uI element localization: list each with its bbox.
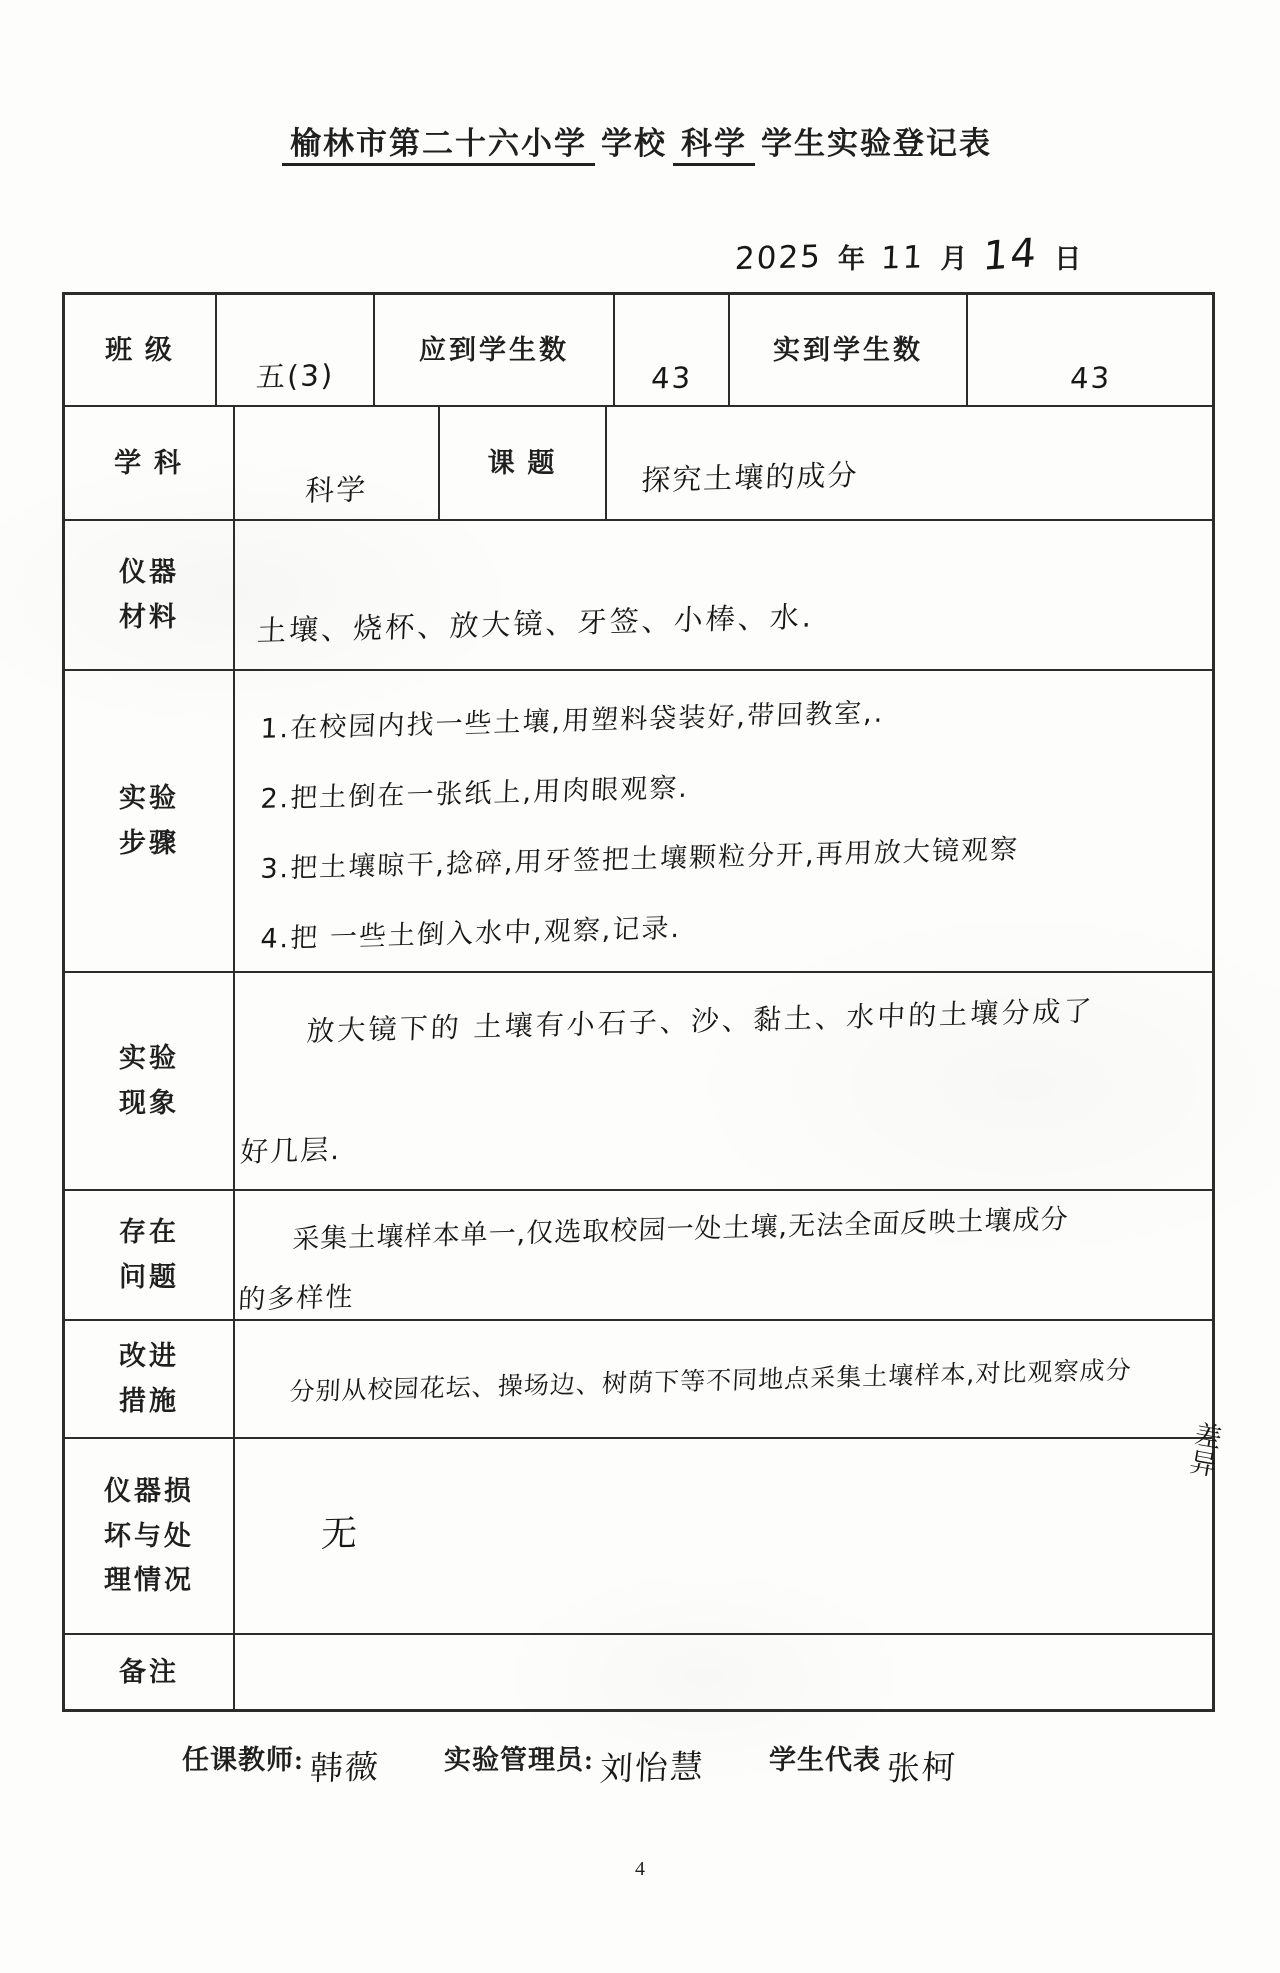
class-value-cell: 五(3) [217, 295, 375, 405]
phenomena-line-1: 放大镜下的 土壤有小石子、沙、黏土、水中的土壤分成了 [233, 986, 1213, 1056]
student-rep-label: 学生代表 [769, 1738, 881, 1777]
steps-value-cell: 1.在校园内找一些土壤,用塑料袋装好,带回教室,. 2.把土倒在一张纸上,用肉眼… [235, 671, 1212, 971]
student-rep-name: 张柯 [886, 1741, 958, 1790]
date-month-unit: 月 [940, 237, 967, 276]
damage-value: 无 [234, 1506, 361, 1567]
title-school-name: 榆林市第二十六小学 [282, 126, 595, 166]
expected-count-value-cell: 43 [615, 295, 730, 405]
subject-value-cell: 科学 [235, 407, 440, 519]
phenomena-label-cell: 实验 现象 [65, 973, 235, 1189]
materials-value-cell: 土壤、烧杯、放大镜、牙签、小棒、水. [235, 521, 1212, 669]
remarks-label-cell: 备注 [65, 1635, 235, 1709]
topic-label: 课 题 [488, 441, 558, 486]
damage-label-cell: 仪器损 坏与处 理情况 [65, 1439, 235, 1633]
table-row-steps: 实验 步骤 1.在校园内找一些土壤,用塑料袋装好,带回教室,. 2.把土倒在一张… [65, 671, 1212, 973]
date-day-value: 14 [982, 230, 1041, 280]
problems-label: 存在 问题 [119, 1210, 179, 1299]
table-row-phenomena: 实验 现象 放大镜下的 土壤有小石子、沙、黏土、水中的土壤分成了 好几层. [65, 973, 1212, 1191]
teacher-name: 韩薇 [309, 1741, 381, 1790]
expected-count-label-cell: 应到学生数 [375, 295, 615, 405]
materials-label-cell: 仪器 材料 [65, 521, 235, 669]
improvements-line-1: 分别从校园花坛、操场边、树荫下等不同地点采集土壤样本,对比观察成分 [233, 1308, 1215, 1414]
table-row-improvements: 改进 措施 分别从校园花坛、操场边、树荫下等不同地点采集土壤样本,对比观察成分 … [65, 1321, 1212, 1439]
phenomena-label: 实验 现象 [119, 1036, 179, 1125]
class-label-cell: 班 级 [65, 295, 217, 405]
date-month-value: 11 [880, 239, 925, 276]
phenomena-line-2: 好几层. [233, 1105, 1213, 1175]
materials-value: 土壤、烧杯、放大镜、牙签、小棒、水. [233, 593, 815, 677]
teacher-signature: 任课教师: 韩薇 [182, 1738, 380, 1789]
actual-count-label-cell: 实到学生数 [730, 295, 968, 405]
manager-name: 刘怡慧 [599, 1741, 706, 1791]
topic-value-cell: 探究土壤的成分 [607, 407, 1212, 519]
actual-count-value-cell: 43 [968, 295, 1212, 405]
steps-label-cell: 实验 步骤 [65, 671, 235, 971]
phenomena-text: 放大镜下的 土壤有小石子、沙、黏土、水中的土壤分成了 好几层. [235, 973, 1212, 1163]
title-form-name: 学生实验登记表 [755, 126, 998, 161]
subject-label-cell: 学 科 [65, 407, 235, 519]
table-row-class: 班 级 五(3) 应到学生数 43 实到学生数 43 [65, 295, 1212, 407]
date-year-value: 2025 [734, 239, 823, 277]
steps-label: 实验 步骤 [119, 776, 179, 865]
improvements-text: 分别从校园花坛、操场边、树荫下等不同地点采集土壤样本,对比观察成分 差异 [235, 1321, 1212, 1401]
signature-line: 任课教师: 韩薇 实验管理员: 刘怡慧 学生代表 张柯 [182, 1738, 957, 1789]
table-row-damage: 仪器损 坏与处 理情况 无 [65, 1439, 1212, 1635]
date-year-unit: 年 [838, 237, 865, 276]
date-day-unit: 日 [1054, 237, 1081, 276]
class-label: 班 级 [105, 328, 175, 373]
remarks-value-cell [235, 1635, 1212, 1709]
actual-count-label: 实到学生数 [773, 328, 923, 373]
subject-label: 学 科 [114, 441, 184, 486]
scanned-form-page: 榆林市第二十六小学学校科学学生实验登记表 2025 年 11 月 14 日 班 … [0, 0, 1280, 1973]
manager-label: 实验管理员: [444, 1738, 594, 1777]
improvements-label-cell: 改进 措施 [65, 1321, 235, 1437]
steps-list: 1.在校园内找一些土壤,用塑料袋装好,带回教室,. 2.把土倒在一张纸上,用肉眼… [235, 671, 1025, 965]
form-title: 榆林市第二十六小学学校科学学生实验登记表 [0, 118, 1280, 163]
student-rep-signature: 学生代表 张柯 [769, 1738, 957, 1789]
remarks-label: 备注 [119, 1650, 179, 1695]
actual-count-value: 43 [1069, 360, 1112, 405]
class-value: 五(3) [255, 353, 335, 406]
title-subject: 科学 [673, 126, 755, 166]
problems-label-cell: 存在 问题 [65, 1191, 235, 1319]
problems-text: 采集土壤样本单一,仅选取校园一处土壤,无法全面反映土壤成分 的多样性 [235, 1191, 1212, 1309]
improvements-label: 改进 措施 [119, 1334, 179, 1423]
damage-value-cell: 无 [235, 1439, 1212, 1633]
subject-value: 科学 [304, 467, 368, 520]
topic-value: 探究土壤的成分 [605, 451, 859, 522]
title-school-label: 学校 [595, 126, 673, 161]
manager-signature: 实验管理员: 刘怡慧 [444, 1738, 705, 1789]
experiment-form-table: 班 级 五(3) 应到学生数 43 实到学生数 43 学 科 科学 课 题 探究… [62, 292, 1215, 1712]
improvements-overflow: 差异 [1187, 1422, 1230, 1484]
table-row-subject: 学 科 科学 课 题 探究土壤的成分 [65, 407, 1212, 521]
table-row-materials: 仪器 材料 土壤、烧杯、放大镜、牙签、小棒、水. [65, 521, 1212, 671]
problems-value-cell: 采集土壤样本单一,仅选取校园一处土壤,无法全面反映土壤成分 的多样性 [235, 1191, 1212, 1319]
improvements-value-cell: 分别从校园花坛、操场边、树荫下等不同地点采集土壤样本,对比观察成分 差异 [235, 1321, 1212, 1437]
problems-line-1: 采集土壤样本单一,仅选取校园一处土壤,无法全面反映土壤成分 [233, 1194, 1213, 1263]
table-row-remarks: 备注 [65, 1635, 1212, 1709]
materials-label: 仪器 材料 [119, 550, 179, 639]
teacher-label: 任课教师: [182, 1738, 304, 1777]
date-line: 2025 年 11 月 14 日 [735, 232, 1081, 278]
expected-count-label: 应到学生数 [419, 328, 569, 373]
table-row-problems: 存在 问题 采集土壤样本单一,仅选取校园一处土壤,无法全面反映土壤成分 的多样性 [65, 1191, 1212, 1321]
expected-count-value: 43 [650, 360, 693, 405]
topic-label-cell: 课 题 [440, 407, 607, 519]
phenomena-value-cell: 放大镜下的 土壤有小石子、沙、黏土、水中的土壤分成了 好几层. [235, 973, 1212, 1189]
page-number: 4 [0, 1858, 1280, 1881]
damage-label: 仪器损 坏与处 理情况 [104, 1469, 194, 1603]
